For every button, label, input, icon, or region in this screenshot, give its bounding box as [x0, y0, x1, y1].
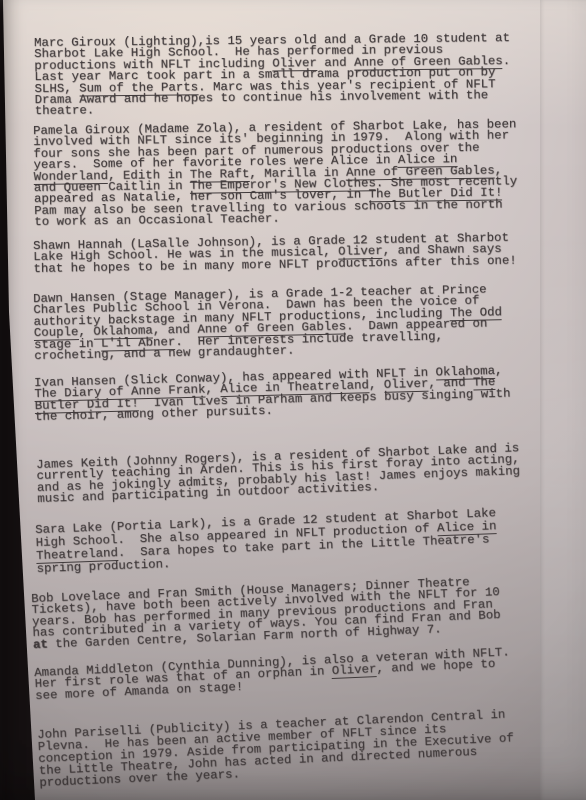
- underlined-title: Oliver: [332, 662, 377, 679]
- paragraph-sara-lake: Sara Lake (Portia Lark), is a Grade 12 s…: [35, 507, 498, 576]
- paragraph-dawn-hansen: Dawn Hansen (Stage Manager), is a Grade …: [33, 284, 503, 362]
- typed-text: ,: [495, 364, 503, 378]
- paragraph-shawn-hannah: Shawn Hannah (LaSalle Johnson), is a Gra…: [33, 233, 517, 276]
- paper-page: Marc Giroux (Lighting),is 15 years old a…: [0, 0, 586, 800]
- typed-text: to work as an Occasional Teacher.: [34, 212, 280, 229]
- paragraph-marc-giroux: Marc Giroux (Lighting),is 15 years old a…: [34, 33, 511, 118]
- typed-text: theatre.: [35, 104, 95, 119]
- paragraph-ivan-hansen: Ivan Hansen (Slick Conway), has appeared…: [34, 366, 511, 424]
- paragraph-bob-lovelace-fran-smith: Bob Lovelace and Fran Smith (House Manag…: [31, 576, 501, 651]
- photo-frame: Marc Giroux (Lighting),is 15 years old a…: [0, 0, 586, 800]
- paragraph-amanda-middleton: Amanda Middleton (Cynthia Dunning), is a…: [34, 647, 511, 702]
- paragraph-pamela-giroux: Pamela Giroux (Madame Zola), a resident …: [33, 119, 518, 228]
- typed-text: at: [33, 637, 48, 652]
- typed-text: .: [503, 54, 511, 68]
- paragraph-james-keith: James Keith (Johnny Rogers), is a reside…: [36, 443, 521, 505]
- typed-text-layer: Marc Giroux (Lighting),is 15 years old a…: [0, 0, 586, 800]
- paper-crease: [540, 0, 586, 800]
- paragraph-john-pariselli: John Pariselli (Publicity) is a teacher …: [37, 708, 515, 789]
- typed-line: to work as an Occasional Teacher.: [34, 210, 517, 228]
